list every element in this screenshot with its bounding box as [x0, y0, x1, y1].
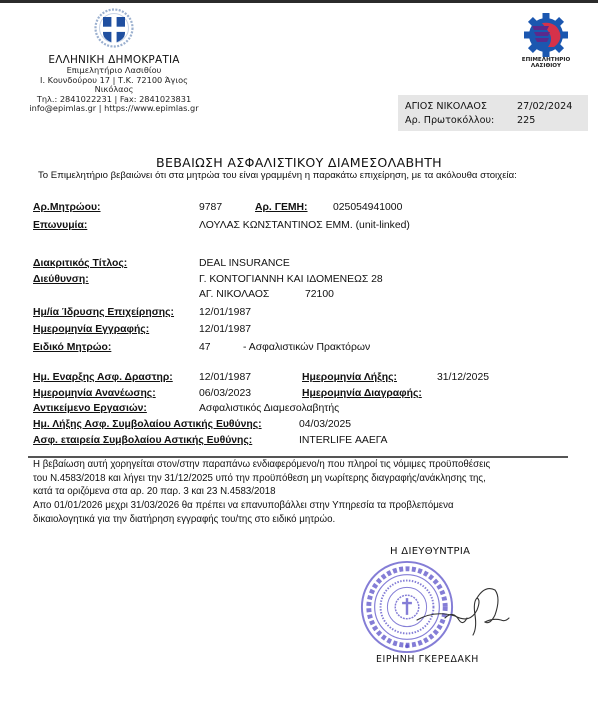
protocol-date: 27/02/2024	[517, 100, 572, 114]
signatory-name: ΕΙΡΗΝΗ ΓΚΕΡΕΔΑΚΗ	[376, 654, 479, 665]
document-title: ΒΕΒΑΙΩΣΗ ΑΣΦΑΛΙΣΤΙΚΟΥ ΔΙΑΜΕΣΟΛΑΒΗΤΗ	[0, 155, 598, 170]
liability-expiry-value: 04/03/2025	[299, 419, 351, 430]
validity-line-3: κατά τα οριζόμενα στα αρ. 20 παρ. 3 και …	[33, 485, 490, 499]
liability-company-value: INTERLIFE ΑΑΕΓΑ	[299, 435, 388, 446]
signature-icon	[415, 580, 515, 640]
founded-value: 12/01/1987	[199, 307, 251, 318]
special-registry-label: Ειδικό Μητρώο:	[33, 342, 111, 353]
page-top-edge	[0, 0, 598, 3]
validity-paragraph: Η βεβαίωση αυτή χορηγείται στον/στην παρ…	[33, 458, 490, 499]
trade-title-value: DEAL INSURANCE	[199, 258, 290, 269]
liability-company-label: Ασφ. εταιρεία Συμβολαίου Αστικής Ευθύνης…	[33, 435, 252, 446]
renewal-line-1: Απο 01/01/2026 μεχρι 31/03/2026 θα πρέπε…	[33, 499, 454, 513]
activity-value: Ασφαλιστικός Διαμεσολαβητής	[199, 403, 339, 414]
address-postcode: 72100	[305, 289, 334, 300]
name-value: ΛΟΥΛΑΣ ΚΩΝΣΤΑΝΤΙΝΟΣ ΕΜΜ. (unit-linked)	[199, 220, 410, 231]
expiry-value: 31/12/2025	[437, 372, 489, 383]
signatory-title: Η ΔΙΕΥΘΥΝΤΡΙΑ	[390, 546, 470, 557]
special-registry-value: 47	[199, 342, 211, 353]
special-registry-description: - Ασφαλιστικών Πρακτόρων	[243, 342, 370, 353]
renewal-line-2: δικαιολογητικά για την διατήρηση εγγραφή…	[33, 513, 454, 527]
gemi-label: Αρ. ΓΕΜΗ:	[255, 202, 308, 213]
address-line1: Γ. ΚΟΝΤΟΓΙΑΝΝΗ ΚΑΙ ΙΔΟΜΕΝΕΩΣ 28	[199, 274, 383, 285]
chamber-logo: ΕΠΙΜΕΛΗΤΗΡΙΟ ΛΑΣΙΘΙΟΥ	[516, 12, 576, 72]
activity-start-value: 12/01/1987	[199, 372, 251, 383]
protocol-place: ΑΓΙΟΣ ΝΙΚΟΛΑΟΣ	[405, 100, 517, 114]
address-city: ΑΓ. ΝΙΚΟΛΑΟΣ	[199, 289, 269, 300]
org-email-web: info@epimlas.gr | https://www.epimlas.gr	[0, 104, 228, 114]
validity-line-1: Η βεβαίωση αυτή χορηγείται στον/στην παρ…	[33, 458, 490, 472]
registry-no-value: 9787	[199, 202, 222, 213]
renewal-paragraph: Απο 01/01/2026 μεχρι 31/03/2026 θα πρέπε…	[33, 499, 454, 526]
protocol-number: 225	[517, 114, 535, 128]
activity-start-label: Ημ. Εναρξης Ασφ. Δραστηρ:	[33, 372, 173, 383]
protocol-box: ΑΓΙΟΣ ΝΙΚΟΛΑΟΣ 27/02/2024 Αρ. Πρωτοκόλλο…	[398, 95, 588, 131]
renewal-value: 06/03/2023	[199, 388, 251, 399]
address-label: Διεύθυνση:	[33, 274, 89, 285]
founded-label: Ημ/ία Ίδρυσης Επιχείρησης:	[33, 307, 174, 318]
registered-value: 12/01/1987	[199, 324, 251, 335]
liability-expiry-label: Ημ. Λήξης Ασφ. Συμβολαίου Αστικής Ευθύνη…	[33, 419, 262, 430]
document-intro: Το Επιμελητήριο βεβαιώνει ότι στα μητρώα…	[38, 170, 517, 181]
chamber-logo-text-2: ΛΑΣΙΘΙΟΥ	[516, 63, 576, 70]
protocol-number-label: Αρ. Πρωτοκόλλου:	[405, 114, 517, 128]
greek-emblem-icon	[94, 8, 134, 48]
expiry-label: Ημερομηνία Λήξης:	[302, 372, 397, 383]
validity-line-2: του Ν.4583/2018 και λήγει την 31/12/2025…	[33, 472, 490, 486]
name-label: Επωνυμία:	[33, 220, 87, 231]
renewal-label: Ημερομηνία Ανανέωσης:	[33, 388, 156, 399]
registry-no-label: Αρ.Μητρώου:	[33, 202, 101, 213]
activity-label: Αντικείμενο Εργασιών:	[33, 403, 147, 414]
gemi-value: 025054941000	[333, 202, 402, 213]
trade-title-label: Διακριτικός Τίτλος:	[33, 258, 127, 269]
chamber-gear-logo-icon	[522, 12, 570, 58]
registered-label: Ημερομηνία Εγγραφής:	[33, 324, 149, 335]
deletion-label: Ημερομηνία Διαγραφής:	[302, 388, 422, 399]
issuer-header: ΕΛΛΗΝΙΚΗ ΔΗΜΟΚΡΑΤΙΑ Επιμελητήριο Λασιθίο…	[0, 8, 228, 114]
